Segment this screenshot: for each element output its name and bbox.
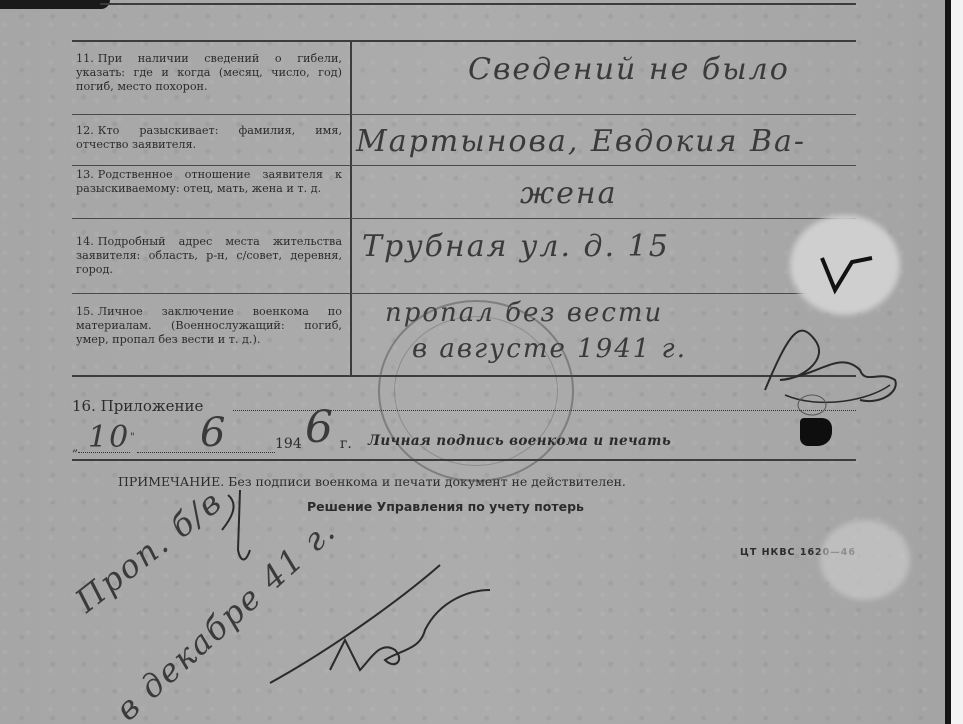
document-sheet: 11.При наличии сведений о гибели, указат…	[0, 0, 947, 724]
handwriting-strokes	[0, 0, 947, 724]
scan-edge	[945, 0, 951, 724]
